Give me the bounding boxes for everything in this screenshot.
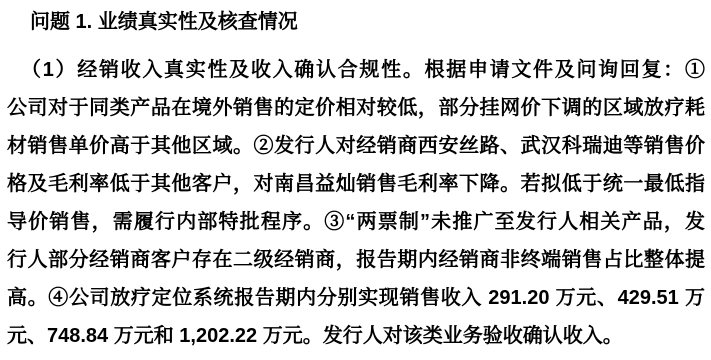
paragraph: （1）经销收入真实性及收入确认合规性。根据申请文件及问询回复：① 公司对于同类产… (0, 51, 711, 355)
paragraph-line: 格及毛利率低于其他客户，对南昌益灿销售毛利率下降。若拟低于统一最低指 (7, 165, 705, 203)
paragraph-line: 行人部分经销商客户存在二级经销商，报告期内经销商非终端销售占比整体提 (7, 241, 705, 279)
paragraph-line: 元、748.84 万元和 1,202.22 万元。发行人对该类业务验收确认收入。 (7, 317, 705, 355)
paragraph-line: （1）经销收入真实性及收入确认合规性。根据申请文件及问询回复：① (7, 51, 705, 89)
document-page: 问题 1. 业绩真实性及核查情况 （1）经销收入真实性及收入确认合规性。根据申请… (0, 8, 711, 360)
paragraph-line: 导价销售，需履行内部特批程序。③“两票制”未推广至发行人相关产品，发 (7, 203, 705, 241)
paragraph-line: 高。④公司放疗定位系统报告期内分别实现销售收入 291.20 万元、429.51… (7, 279, 705, 317)
paragraph-line: 公司对于同类产品在境外销售的定价相对较低，部分挂网价下调的区域放疗耗 (7, 89, 705, 127)
document-heading: 问题 1. 业绩真实性及核查情况 (30, 8, 711, 36)
paragraph-line: 材销售单价高于其他区域。②发行人对经销商西安丝路、武汉科瑞迪等销售价 (7, 127, 705, 165)
